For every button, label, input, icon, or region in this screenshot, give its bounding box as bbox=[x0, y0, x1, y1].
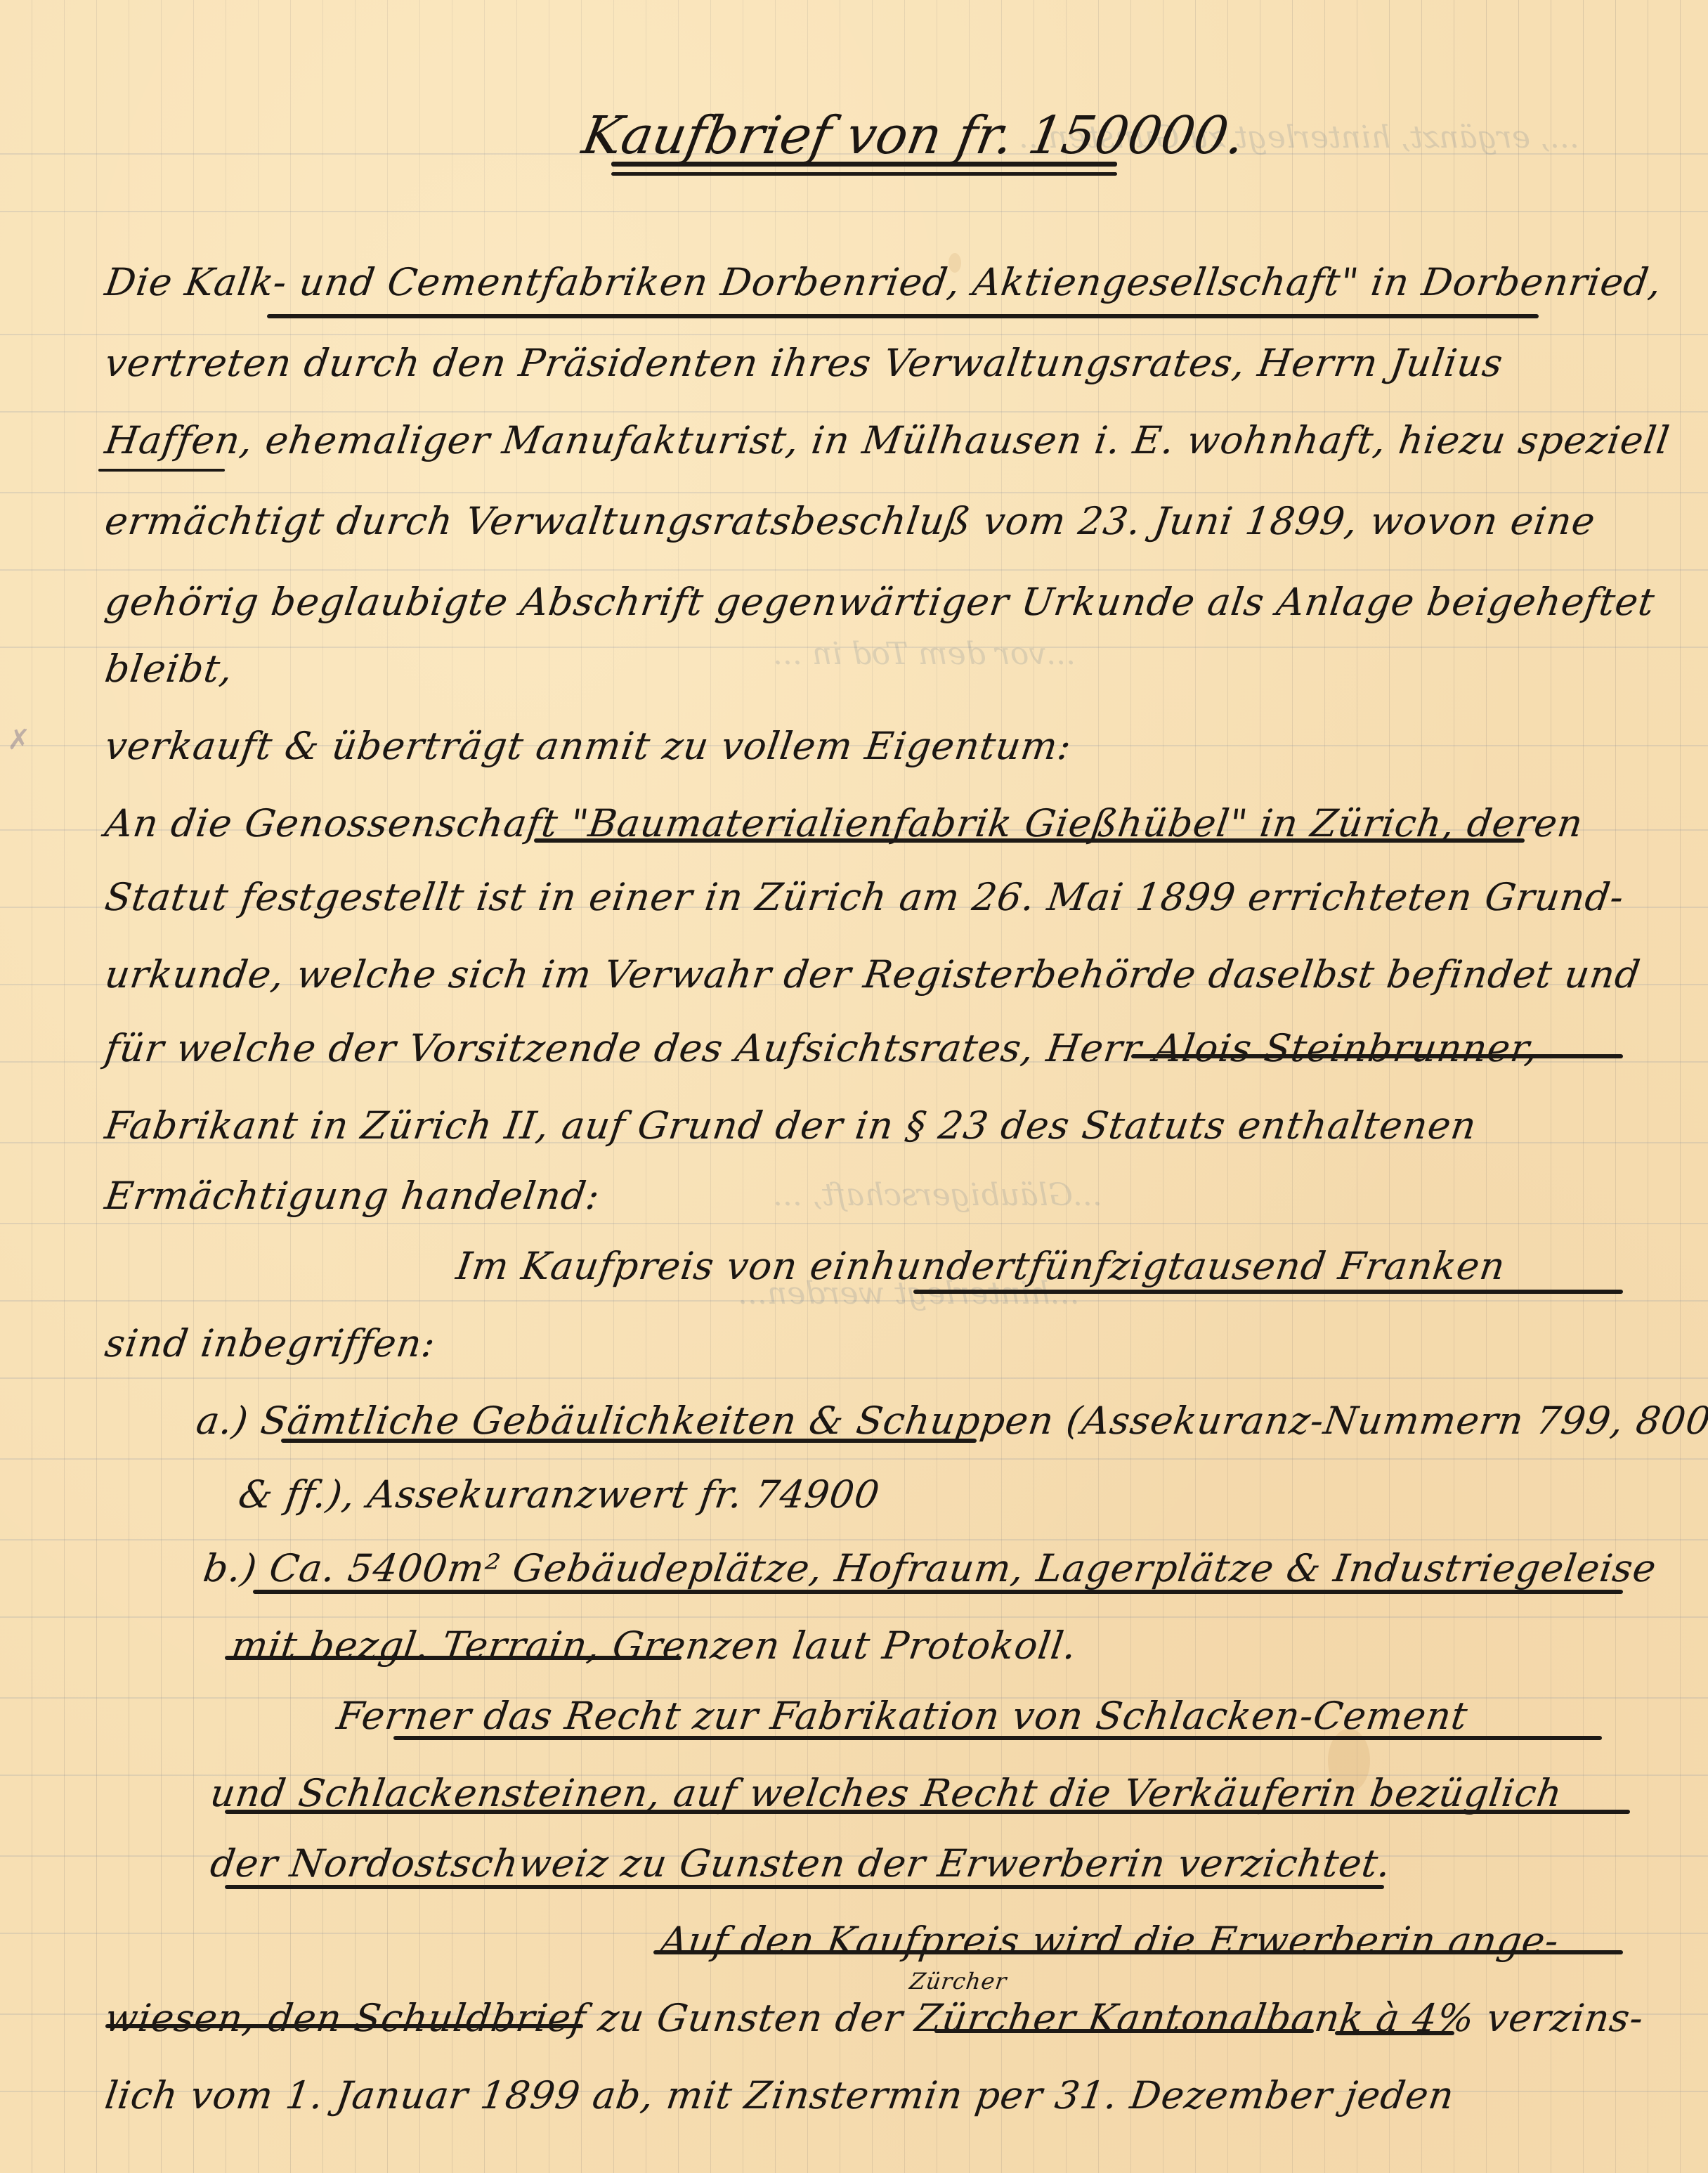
list-item-b: b.) Ca. 5400m² Gebäudeplätze, Hofraum, L… bbox=[201, 1546, 1660, 1590]
text-line: Fabrikant in Zürich II, auf Grund der in… bbox=[103, 1103, 1480, 1148]
ruling-line bbox=[0, 411, 1708, 413]
text-line: Ferner das Recht zur Fabrikation von Sch… bbox=[334, 1694, 1471, 1738]
text-line: Ermächtigung handelnd: bbox=[103, 1174, 603, 1218]
list-item-a-continued: & ff.), Assekuranzwert fr. 74900 bbox=[236, 1472, 883, 1517]
list-item-b-continued: mit bezgl. Terrain, Grenzen laut Protoko… bbox=[229, 1623, 1080, 1668]
ruling-line bbox=[0, 1377, 1708, 1379]
underline bbox=[105, 2024, 583, 2028]
text-line: für welche der Vorsitzende des Aufsichts… bbox=[103, 1026, 1541, 1070]
text-line: und Schlackensteinen, auf welches Recht … bbox=[208, 1771, 1565, 1815]
interlinear-insertion: Zürcher bbox=[908, 1968, 1008, 1994]
text-line: lich vom 1. Januar 1899 ab, mit Zinsterm… bbox=[103, 2073, 1457, 2117]
ruling-line bbox=[0, 1616, 1708, 1618]
title-underline bbox=[611, 162, 1117, 167]
ruling-line bbox=[0, 1223, 1708, 1224]
underline bbox=[281, 1439, 977, 1443]
document-title: Kaufbrief von fr. 150000. bbox=[578, 105, 1249, 166]
underline bbox=[225, 1885, 1384, 1889]
underline bbox=[934, 2029, 1314, 2033]
text-line: Auf den Kaufpreis wird die Erwerberin an… bbox=[658, 1919, 1563, 1963]
underline bbox=[98, 469, 225, 472]
ruling-line bbox=[0, 492, 1708, 493]
text-line: vertreten durch den Präsidenten ihres Ve… bbox=[103, 341, 1506, 385]
ruling-line bbox=[0, 1539, 1708, 1540]
bleed-through-text: ...vor dem Tod in ... bbox=[773, 636, 1076, 672]
text-line: sind inbegriffen: bbox=[103, 1321, 438, 1366]
text-line: urkunde, welche sich im Verwahr der Regi… bbox=[103, 952, 1643, 997]
text-line: ermächtigt durch Verwaltungsratsbeschluß… bbox=[103, 499, 1598, 543]
list-item-a: a.) Sämtliche Gebäulichkeiten & Schuppen… bbox=[194, 1399, 1708, 1443]
text-line: Haffen, ehemaliger Manufakturist, in Mül… bbox=[103, 418, 1673, 462]
ruling-line bbox=[0, 211, 1708, 212]
underline bbox=[253, 1590, 1623, 1594]
text-line: bleibt, bbox=[103, 647, 236, 691]
underline bbox=[267, 314, 1539, 318]
underline bbox=[653, 1950, 1623, 1954]
underline bbox=[1335, 2031, 1454, 2035]
margin-pencil-mark: ✗ bbox=[7, 724, 31, 756]
ruling-line bbox=[0, 334, 1708, 335]
underline bbox=[225, 1656, 682, 1660]
text-line: Im Kaufpreis von einhundertfünfzigtausen… bbox=[454, 1244, 1508, 1288]
text-line: der Nordostschweiz zu Gunsten der Erwerb… bbox=[208, 1841, 1394, 1886]
underline bbox=[225, 1810, 1630, 1814]
title-underline bbox=[611, 172, 1117, 176]
underline bbox=[913, 1290, 1623, 1294]
bleed-through-text: ...Gläubigerschaft, ... bbox=[773, 1177, 1102, 1213]
text-line: gehörig beglaubigte Abschrift gegenwärti… bbox=[103, 580, 1658, 624]
underline bbox=[1131, 1054, 1623, 1058]
underline bbox=[393, 1736, 1602, 1740]
text-line: Die Kalk- und Cementfabriken Dorbenried,… bbox=[103, 260, 1665, 304]
ruling-line bbox=[0, 569, 1708, 571]
ruling-line bbox=[0, 1458, 1708, 1460]
underline bbox=[534, 838, 1525, 843]
text-line: Statut festgestellt ist in einer in Züri… bbox=[103, 875, 1627, 919]
text-line: verkauft & überträgt anmit zu vollem Eig… bbox=[103, 724, 1075, 768]
